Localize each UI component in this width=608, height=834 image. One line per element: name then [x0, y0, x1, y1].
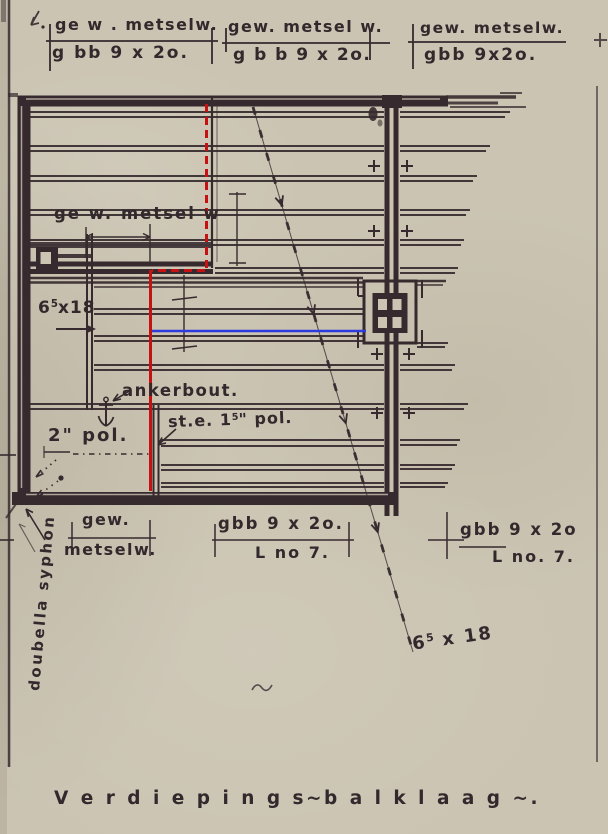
pencil-squiggle-icon [252, 685, 272, 690]
bottom-right-label-line1: gbb 9 x 2o [460, 521, 578, 539]
beam-size-left-label: 65x18 [38, 299, 96, 318]
bottom-mid-label-line2: L no 7. [255, 544, 330, 562]
chimney-detail [358, 278, 422, 348]
steel-pipe-base: st.e. 1 [168, 410, 233, 431]
ankerbout-label: ankerbout. [122, 382, 239, 400]
beam-left-sup: 5 [51, 299, 58, 310]
masonry-mid-label: ge w. metsel w [54, 205, 221, 223]
plus-marks [368, 160, 415, 419]
beam-left-base: 6 [38, 298, 51, 318]
top-label-1-beam: g bb 9 x 2o. [52, 44, 189, 63]
annotations [19, 325, 272, 691]
top-label-3-masonry: gew. metselw. [420, 20, 564, 37]
sheet-borders [0, 0, 607, 834]
pipe-2inch-label: 2" pol. [48, 426, 128, 446]
top-label-1-masonry: ge w . metselw. [55, 16, 218, 34]
anchor-bolt-icon [99, 397, 114, 426]
dotted-leader [36, 460, 56, 477]
leader-dot [58, 475, 63, 480]
steel-pipe-arrow-icon [158, 429, 176, 445]
top-label-2-beam: g b b 9 x 2o. [233, 46, 371, 65]
drawing-title: V e r d i e p i n g s~b a l k l a a g ~. [54, 789, 540, 809]
top-label-2-masonry: gew. metsel w. [228, 18, 383, 36]
bottom-right-label-line2: L no. 7. [492, 548, 575, 566]
steel-pipe-label: st.e. 15" pol. [168, 409, 293, 431]
plan-linework [0, 0, 608, 834]
bottom-left-label-line1: gew. [82, 511, 130, 529]
pencil-mark-icon [31, 11, 45, 29]
bottom-left-label-line2: metselw. [64, 541, 157, 559]
top-label-3-beam: gbb 9x2o. [424, 46, 537, 65]
beam-left-rest: x18 [58, 298, 96, 318]
bottom-mid-label-line1: gbb 9 x 2o. [218, 515, 344, 533]
steel-pipe-sup: 5 [232, 411, 239, 422]
drawing-sheet: ge w . metselw. g bb 9 x 2o. gew. metsel… [0, 0, 608, 834]
steel-pipe-rest: " pol. [238, 408, 293, 429]
